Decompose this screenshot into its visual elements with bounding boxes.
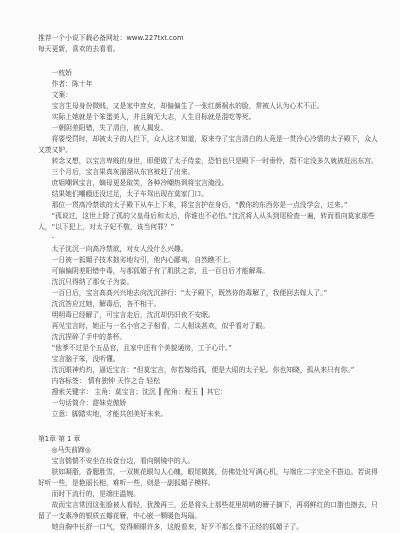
book-title: 一枕娇 xyxy=(38,68,382,79)
synopsis-paragraph: 再见宝言时，她正与一名小官之子相看，二人相谈甚欢，似乎看对了眼。 xyxy=(38,321,382,332)
book-info-section: 一枕娇 作者：陈十年 文案： 宝言生母身份微贱，又是家中庶女，却偏偏生了一张红颜… xyxy=(38,68,382,420)
synopsis-label: 文案： xyxy=(38,90,382,101)
synopsis-paragraph: 三个月后，宝言果真灰溜溜从东宫被赶了出来。 xyxy=(38,167,382,178)
document-page: 推荐一个小说下载必备网址：www.227txt.com 每天更新，喜欢的去看看。… xyxy=(0,0,400,533)
synopsis-paragraph: 宝言脑子笨，没听懂。 xyxy=(38,354,382,365)
synopsis-paragraph: 太子沈沉一向高冷禁欲，对女人没什么兴趣。 xyxy=(38,244,382,255)
chapter-paragraph: 宝言惴惴不安坐在妆奁台边，看向铜镜中的人。 xyxy=(38,456,382,467)
synopsis-paragraph: 转念又想，以宝言卑贱的身世，即便做了太子侍妾，恐怕也只是殿下一时垂怜，指不定没多… xyxy=(38,156,382,167)
chapter-paragraph: 她自胸中长舒一口气，觉得顺眼许多，这般看来，好歹不那么像不正经的狐媚子了。 xyxy=(38,522,382,533)
synopsis-paragraph: 一百日后，宝言高高兴兴地去向沈沉辞行：“太子殿下，既然你的毒解了，我便回去嫁人了… xyxy=(38,288,382,299)
synopsis-paragraph: 明明毒已经解了，可宝言走后，沈沉却仍旧夜不安眠。 xyxy=(38,310,382,321)
synopsis-paragraph: 沈沉眼神灼灼，逼近宝言：“但莫宝言，你若嫁给孤，便是大昭的太子妃。你也知晓，孤从… xyxy=(38,365,382,376)
synopsis-paragraph: 庶姐嘲讽宝言，嫡母更是取笑，各种冷嘲热讽将宝言淹没。 xyxy=(38,178,382,189)
synopsis-paragraph: 将要受罚时，却被太子的人拦下，众人这才知道，原来夺了宝言清白的人竟是一贯冷心冷情… xyxy=(38,134,382,156)
meta-line-theme: 立意：脚踏实地，才能共创美好未来。 xyxy=(38,409,382,420)
synopsis-paragraph: 一日被一狐媚子技术拙劣地勾引，他内心鄙夷，自然瞧不上。 xyxy=(38,255,382,266)
chapter-paragraph: 肤如凝脂，香腮胜雪，一双桃花眼勾人心魄，眼尾微挑，仿佛处处写满心机，与端庄二字完… xyxy=(38,467,382,489)
chapter-heading: 第1章 第 1 章 xyxy=(38,434,382,445)
synopsis-paragraph: 可偏偏阴差阳错中毒，与那狐媚子有了肌肤之亲，且一百日后才能解毒。 xyxy=(38,266,382,277)
synopsis-paragraph: 沈沉答应过她，解毒后，各不相干。 xyxy=(38,299,382,310)
chapter-section: 第1章 第 1 章 ◎马失前蹄◎ 宝言惴惴不安坐在妆奁台边，看向铜镜中的人。 肤… xyxy=(38,434,382,533)
chapter-subtitle: ◎马失前蹄◎ xyxy=(38,445,382,456)
meta-line-oneliner: 一句话简介：甜妹克傲娇 xyxy=(38,398,382,409)
synopsis-paragraph: 一朝阴差阳错，失了清白，被人揭发。 xyxy=(38,123,382,134)
synopsis-paragraph: “他爹不过是个五品官，且家中还有个美貌通房，工于心计。” xyxy=(38,343,382,354)
meta-line-keywords: 搜索关键字： 主角：莫宝言；沈沉 ┃ 配角：程玉 ┃ 其它： xyxy=(38,387,382,398)
section-divider: - xyxy=(38,233,382,244)
promo-header: 推荐一个小说下载必备网址：www.227txt.com 每天更新，喜欢的去看看。 xyxy=(38,33,382,55)
synopsis-paragraph: 沈沉只得纳了那女子为妾。 xyxy=(38,277,382,288)
chapter-paragraph: 而时下流行的，是端庄温婉。 xyxy=(38,489,382,500)
meta-line-tags: 内容标签： 情有独钟 天作之合 轻松 xyxy=(38,376,382,387)
synopsis-paragraph: “孤说过，这世上除了孤的父皇母后和太后，你谁也不必怕。”沈沉将人从头到尾检查一遍… xyxy=(38,211,382,233)
synopsis-paragraph: 宝言生母身份微贱，又是家中庶女，却偏偏生了一张红颜祸水的脸，常被人认为心术不正。 xyxy=(38,101,382,112)
promo-line-url: 推荐一个小说下载必备网址：www.227txt.com xyxy=(38,33,382,44)
chapter-paragraph: 故而宝言常因这张脸被人看轻，犹豫再三，还是将头上那些花里胡哨的簪子摘下，再将鲜红… xyxy=(38,500,382,522)
synopsis-paragraph: 那位一贯高冷禁欲的太子殿下从车上下来，将宝言护在身后，“教你的东西你是一点没学会… xyxy=(38,200,382,211)
synopsis-paragraph: 结果她们嘲瘾还没过足，太子车驾出现在莫家门口。 xyxy=(38,189,382,200)
promo-line-note: 每天更新，喜欢的去看看。 xyxy=(38,44,382,55)
synopsis-paragraph: 实际上她就是个笨蛋美人，并且胸无大志，人生目标就是混吃等死。 xyxy=(38,112,382,123)
book-author: 作者：陈十年 xyxy=(38,79,382,90)
synopsis-paragraph: 沈沉捏碎了手中的茶杯。 xyxy=(38,332,382,343)
